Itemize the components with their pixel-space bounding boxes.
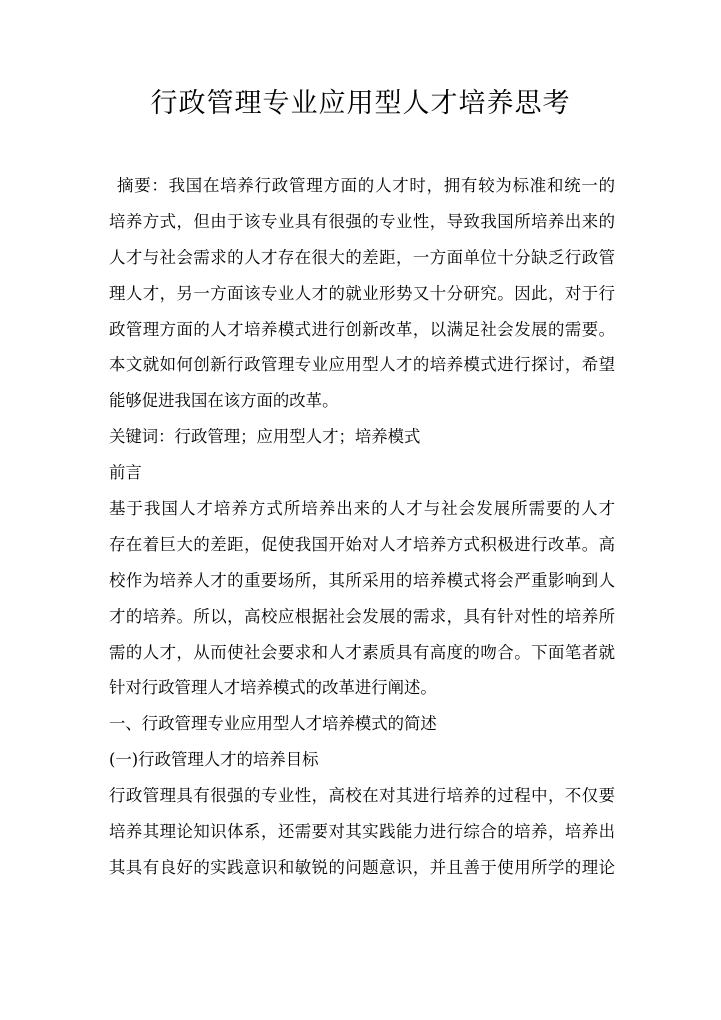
keywords-line: 关键词：行政管理；应用型人才；培养模式 [109, 419, 615, 455]
abstract-line: 培养方式，但由于该专业具有很强的专业性，导致我国所培养出来的 [109, 204, 615, 240]
document-body: 摘要：我国在培养行政管理方面的人才时，拥有较为标准和统一的 培养方式，但由于该专… [109, 168, 615, 886]
abstract-line: 政管理方面的人才培养模式进行创新改革，以满足社会发展的需要。 [109, 312, 615, 348]
abstract-line: 人才与社会需求的人才存在很大的差距，一方面单位十分缺乏行政管 [109, 240, 615, 276]
subsection-line: 行政管理具有很强的专业性，高校在对其进行培养的过程中，不仅要 [109, 778, 615, 814]
preface-line: 才的培养。所以，高校应根据社会发展的需求，具有针对性的培养所 [109, 599, 615, 635]
subsection-line: 其具有良好的实践意识和敏锐的问题意识，并且善于使用所学的理论 [109, 850, 615, 886]
preface-line: 需的人才，从而使社会要求和人才素质具有高度的吻合。下面笔者就 [109, 635, 615, 671]
section-heading: 一、行政管理专业应用型人才培养模式的简述 [109, 706, 615, 742]
abstract-line: 摘要：我国在培养行政管理方面的人才时，拥有较为标准和统一的 [109, 168, 615, 204]
abstract-paragraph: 摘要：我国在培养行政管理方面的人才时，拥有较为标准和统一的 培养方式，但由于该专… [109, 168, 615, 419]
document-page: 行政管理专业应用型人才培养思考 摘要：我国在培养行政管理方面的人才时，拥有较为标… [0, 0, 721, 1020]
document-title: 行政管理专业应用型人才培养思考 [0, 84, 721, 124]
preface-line: 校作为培养人才的重要场所，其所采用的培养模式将会严重影响到人 [109, 563, 615, 599]
abstract-line: 本文就如何创新行政管理专业应用型人才的培养模式进行探讨，希望 [109, 347, 615, 383]
preface-line: 存在着巨大的差距，促使我国开始对人才培养方式积极进行改革。高 [109, 527, 615, 563]
subsection-line: 培养其理论知识体系，还需要对其实践能力进行综合的培养，培养出 [109, 814, 615, 850]
abstract-line: 理人才，另一方面该专业人才的就业形势又十分研究。因此，对于行 [109, 276, 615, 312]
preface-line: 基于我国人才培养方式所培养出来的人才与社会发展所需要的人才 [109, 491, 615, 527]
preface-line: 针对行政管理人才培养模式的改革进行阐述。 [109, 670, 615, 706]
abstract-line: 能够促进我国在该方面的改革。 [109, 383, 615, 419]
subsection-paragraph: 行政管理具有很强的专业性，高校在对其进行培养的过程中，不仅要 培养其理论知识体系… [109, 778, 615, 886]
preface-heading: 前言 [109, 455, 615, 491]
subsection-heading: (一)行政管理人才的培养目标 [109, 742, 615, 778]
preface-paragraph: 基于我国人才培养方式所培养出来的人才与社会发展所需要的人才 存在着巨大的差距，促… [109, 491, 615, 706]
